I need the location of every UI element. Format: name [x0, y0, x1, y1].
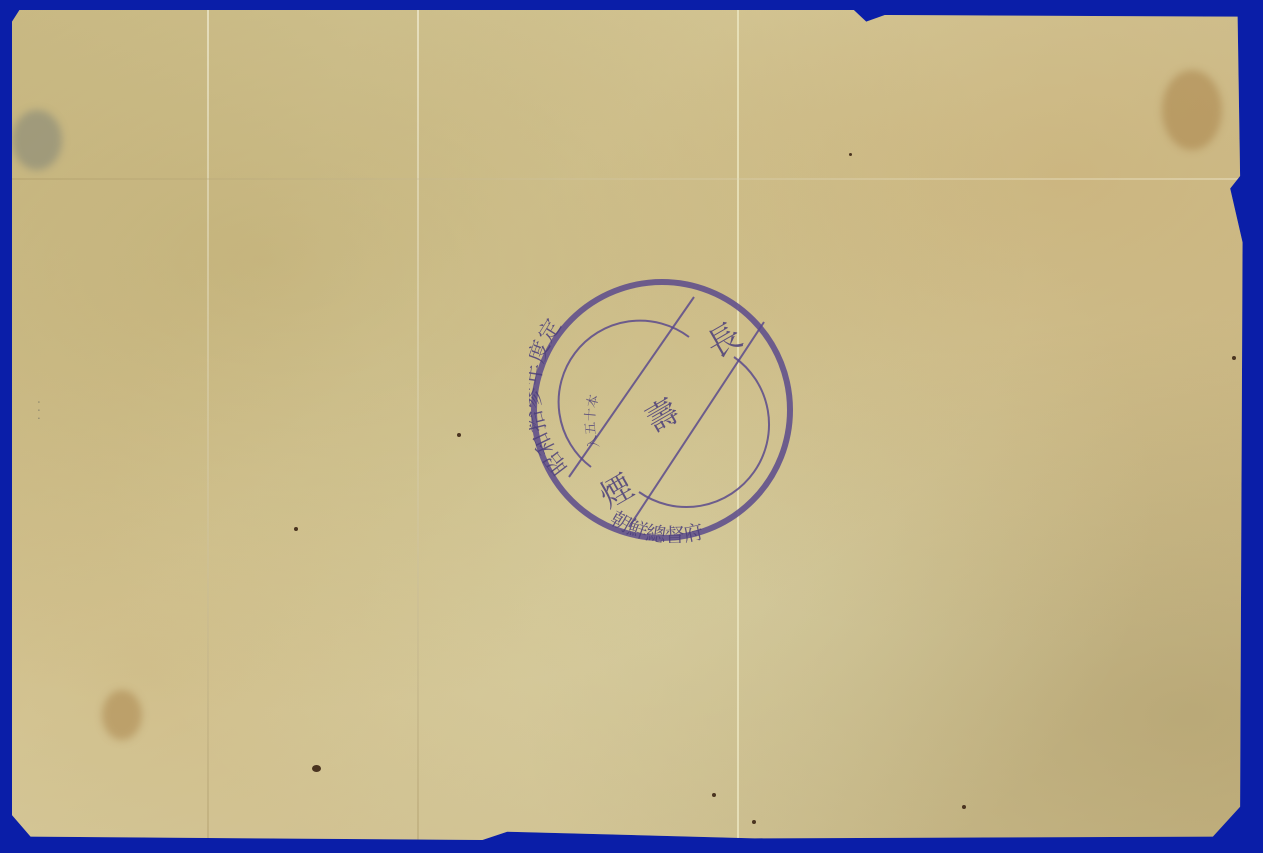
speck [849, 153, 852, 156]
stamp-center-char-3: 煙 [593, 467, 640, 516]
speck [457, 433, 461, 437]
stamp-center-char-1: 長 [700, 315, 749, 367]
stain [1162, 70, 1222, 150]
svg-text:入五十本: 入五十本 [582, 393, 602, 450]
speck [752, 820, 756, 824]
stain [102, 690, 142, 740]
speck [312, 765, 321, 772]
faded-edge-text: ··· [30, 400, 45, 424]
stamp-center-char-2: 壽 [639, 391, 686, 440]
stamp-inner-arc-text: 入五十本 [582, 393, 602, 450]
speck [294, 527, 298, 531]
fold-line [417, 10, 419, 840]
fold-line [207, 10, 209, 840]
stain [12, 110, 62, 170]
svg-text:昭和拾參年度定: 昭和拾參年度定 [529, 315, 573, 479]
svg-text:朝鮮總督府: 朝鮮總督府 [606, 506, 705, 543]
fold-line [12, 178, 1250, 180]
circular-stamp: 昭和拾參年度定 朝鮮總督府 入五十本 長 壽 煙 [529, 277, 795, 543]
stamp-ring-bottom-text: 朝鮮總督府 [606, 506, 705, 543]
speck [1232, 356, 1236, 360]
stamp-ring-top-text: 昭和拾參年度定 [529, 315, 573, 479]
speck [962, 805, 966, 809]
speck [712, 793, 716, 797]
